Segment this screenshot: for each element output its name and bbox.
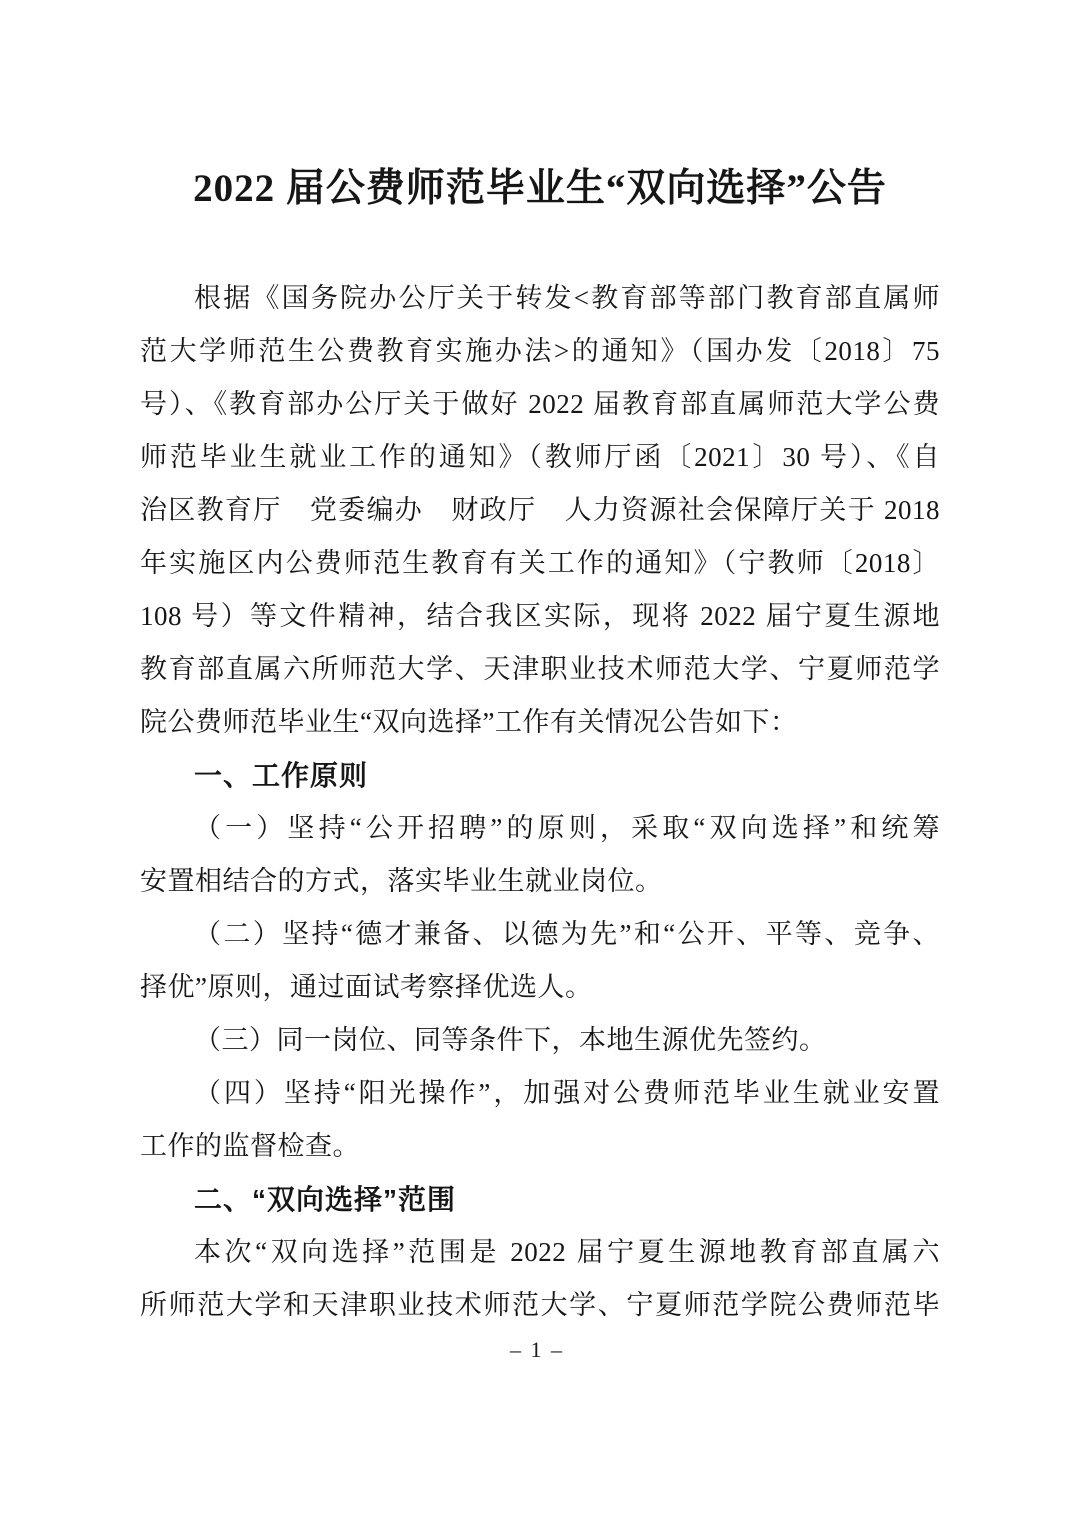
paragraph: 本次“双向选择”范围是 2022 届宁夏生源地教育部直属六所师范大学和天津职业技… [140,1226,940,1332]
document-page: 2022 届公费师范毕业生“双向选择”公告 根据《国务院办公厅关于转发<教育部等… [0,0,1074,1520]
text-line: 所师范大学和天津职业技术师范大学、宁夏师范学院公费师范毕 [140,1279,940,1332]
text-line: 号）、《教育部办公厅关于做好 2022 届教育部直属师范大学公费 [140,378,940,431]
paragraph: 根据《国务院办公厅关于转发<教育部等部门教育部直属师范大学师范生公费教育实施办法… [140,272,940,749]
page-number: – 1 – [510,1337,564,1362]
document-title: 2022 届公费师范毕业生“双向选择”公告 [140,163,940,215]
paragraph: （一）坚持“公开招聘”的原则，采取“双向选择”和统筹安置相结合的方式，落实毕业生… [140,802,940,908]
text-line: 工作的监督检查。 [140,1120,940,1173]
text-line: 一、工作原则 [140,749,940,802]
text-line: （二）坚持“德才兼备、以德为先”和“公开、平等、竞争、 [140,908,940,961]
text-line: 108 号）等文件精神，结合我区实际，现将 2022 届宁夏生源地 [140,590,940,643]
text-line: 安置相结合的方式，落实毕业生就业岗位。 [140,855,940,908]
section-heading: 一、工作原则 [140,749,940,802]
paragraph: （四）坚持“阳光操作”，加强对公费师范毕业生就业安置工作的监督检查。 [140,1067,940,1173]
text-line: 年实施区内公费师范生教育有关工作的通知》（宁教师〔2018〕 [140,537,940,590]
document-body: 根据《国务院办公厅关于转发<教育部等部门教育部直属师范大学师范生公费教育实施办法… [140,272,940,1332]
text-line: 教育部直属六所师范大学、天津职业技术师范大学、宁夏师范学 [140,643,940,696]
text-line: 择优”原则，通过面试考察择优选人。 [140,961,940,1014]
text-line: （三）同一岗位、同等条件下，本地生源优先签约。 [140,1014,940,1067]
text-line: 师范毕业生就业工作的通知》（教师厅函〔2021〕30 号）、《自 [140,431,940,484]
paragraph: （三）同一岗位、同等条件下，本地生源优先签约。 [140,1014,940,1067]
page-footer: – 1 – [0,1336,1074,1364]
text-line: 治区教育厅 党委编办 财政厅 人力资源社会保障厅关于 2018 [140,484,940,537]
text-line: 根据《国务院办公厅关于转发<教育部等部门教育部直属师 [140,272,940,325]
text-line: 二、“双向选择”范围 [140,1173,940,1226]
paragraph: （二）坚持“德才兼备、以德为先”和“公开、平等、竞争、择优”原则，通过面试考察择… [140,908,940,1014]
text-line: （一）坚持“公开招聘”的原则，采取“双向选择”和统筹 [140,802,940,855]
text-line: （四）坚持“阳光操作”，加强对公费师范毕业生就业安置 [140,1067,940,1120]
text-line: 范大学师范生公费教育实施办法>的通知》（国办发〔2018〕75 [140,325,940,378]
text-line: 本次“双向选择”范围是 2022 届宁夏生源地教育部直属六 [140,1226,940,1279]
section-heading: 二、“双向选择”范围 [140,1173,940,1226]
text-line: 院公费师范毕业生“双向选择”工作有关情况公告如下： [140,696,940,749]
